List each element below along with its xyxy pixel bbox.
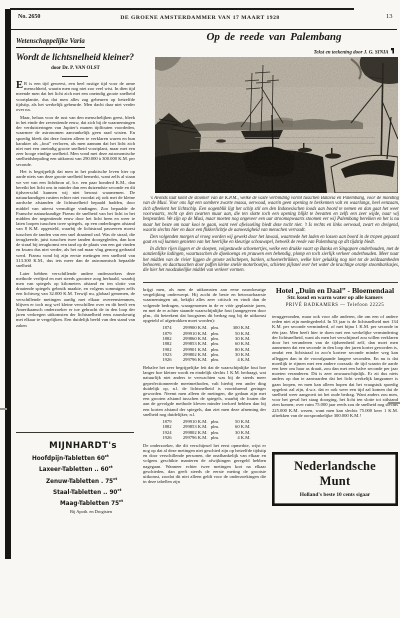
year-cell: 1926 — [157, 357, 172, 362]
caption-paragraph: In dichte rijen liggen er de sloepen, vo… — [143, 247, 399, 274]
mijnhardt-ad: MIJNHARDT's Hoofdpijn-Tabletten 60ct Lax… — [28, 441, 138, 514]
top-rule — [10, 8, 354, 10]
article-paragraph: De onderzoeker, die dit verschijnsel het… — [143, 443, 266, 485]
item-unit: ct — [109, 464, 113, 469]
drawing-caption: 's Avonds laat komt de stoomer van de K.… — [143, 196, 399, 280]
section-rubric: Wetenschappelijke Varia — [16, 38, 85, 48]
table-row: 1926299796 K.M.plm.4 K.M. — [157, 357, 253, 362]
palembang-harbor-drawing — [155, 57, 398, 193]
item-label: Staal-Tabletten .. — [53, 490, 107, 496]
article-byline: door Dr. P. VAN OLST — [16, 66, 135, 71]
caption-paragraph: Den volgenden morgen al vroeg worden wij… — [143, 235, 399, 246]
palembang-title: Op de reede van Palembang — [150, 31, 398, 43]
item-price: 75 — [105, 478, 113, 484]
item-unit: ct — [117, 487, 121, 492]
caption-separator-rule — [143, 282, 398, 283]
right-column: Hotel „Duin en Daal” - Bloemendaal Str. … — [272, 286, 398, 506]
article-paragraph: teruggevonden, maar ook voor alle andere… — [272, 314, 398, 418]
article-body-middle: krijgt men, als men de uitkomsten aan ee… — [143, 287, 266, 498]
nederlandsche-munt-ad: Nederlandsche Munt Holland's beste 10 ce… — [272, 452, 398, 506]
hotel-ad-line: Str. koud en warm water op alle kamers — [272, 295, 398, 302]
munt-ad-subtitle: Holland's beste 10 cents sigaar — [278, 492, 392, 498]
palembang-byline: Tekst en teekening door J. G. SINIA — [150, 48, 394, 56]
sinia-monogram-icon — [391, 48, 395, 54]
plm-cell: plm. — [208, 357, 223, 362]
page-number: 13 — [386, 13, 393, 20]
plm-cell: plm. — [208, 435, 223, 440]
item-unit: ct — [119, 498, 123, 503]
article-paragraph: ER is een tijd geweest, een heel rustige… — [16, 81, 135, 112]
harbor-etching — [155, 57, 398, 193]
item-label: Maag-Tabletten — [60, 501, 109, 507]
article-paragraph: Behalve het zeer begrijpelijke feit dat … — [143, 365, 266, 417]
measurements-table-2: 1879299910 K.M.plm.50 K.M. 1882299853 K.… — [157, 419, 253, 440]
article-paragraph: Het is begrijpelijk dat men in het prakt… — [16, 169, 135, 268]
issue-number: No. 2650 — [18, 14, 40, 20]
item-label: Laxeer-Tabletten .. — [39, 467, 99, 473]
article-paragraph: krijgt men, als men de uitkomsten aan ee… — [143, 287, 266, 323]
value-cell: 299796 K.M. — [172, 357, 208, 362]
error-cell: 4 K.M. — [223, 357, 251, 362]
mijnhardt-ad-footer: Bij Apoth. en Drogisten — [70, 509, 138, 514]
article-paragraph: Later hebben verschillende andere onderz… — [16, 271, 135, 328]
mijnhardt-ad-item: Maag-Tabletten 75ct — [60, 497, 138, 508]
article-body-left: ER is een tijd geweest, een heel rustige… — [16, 81, 135, 425]
hotel-ad-line: PRIVÉ BADKAMERS — Telefoon 22225 — [272, 302, 398, 309]
mijnhardt-ad-item: Staal-Tabletten .. 90ct — [53, 486, 138, 497]
munt-ad-title: Nederlandsche Munt — [278, 459, 392, 489]
scan-artifact — [388, 402, 400, 404]
item-price: 60 — [97, 456, 105, 462]
left-column-end-rule — [16, 432, 134, 433]
masthead-title: DE GROENE AMSTERDAMMER VAN 17 MAART 1928 — [60, 15, 340, 21]
newspaper-page: No. 2650 DE GROENE AMSTERDAMMER VAN 17 M… — [0, 0, 400, 618]
scan-artifact — [0, 408, 7, 410]
hotel-duin-en-daal-ad: Hotel „Duin en Daal” - Bloemendaal Str. … — [272, 286, 398, 309]
article-body-right: teruggevonden, maar ook voor alle andere… — [272, 314, 398, 445]
caption-paragraph: 's Avonds laat komt de stoomer van de K.… — [143, 196, 399, 233]
item-unit: ct — [113, 476, 117, 481]
mijnhardt-ad-item: Laxeer-Tabletten .. 60ct — [39, 463, 138, 474]
page-left-border-bar — [5, 9, 11, 559]
byline-divider — [62, 76, 88, 77]
article-title: Wordt de lichtsnelheid kleiner? — [16, 52, 135, 62]
error-cell: 4 K.M. — [223, 435, 251, 440]
mijnhardt-ad-item: Zenuw-Tabletten . 75ct — [46, 475, 138, 486]
item-label: Hoofdpijn-Tabletten — [32, 456, 95, 462]
byline-text: Tekst en teekening door J. G. SINIA — [314, 51, 389, 56]
item-price: 75 — [111, 501, 119, 507]
header-rule — [10, 29, 397, 30]
mijnhardt-ad-item: Hoofdpijn-Tabletten 60ct — [32, 452, 138, 463]
item-unit: ct — [105, 453, 109, 458]
article-paragraph: Maar, helaas voor de rust van den mensch… — [16, 115, 135, 167]
paragraph-text: R is een tijd geweest, een heel rustige … — [16, 81, 135, 112]
value-cell: 299796 K.M. — [172, 435, 208, 440]
table-row: 1926299796 K.M.plm.4 K.M. — [157, 435, 253, 440]
year-cell: 1926 — [157, 435, 172, 440]
dropcap: E — [16, 81, 23, 90]
mijnhardt-ad-title: MIJNHARDT's — [28, 441, 138, 451]
item-label: Zenuw-Tabletten . — [46, 478, 103, 484]
item-price: 60 — [101, 467, 109, 473]
measurements-table-1: 1874299900 K.M.plm.300 K.M. 1879299910 K… — [157, 325, 253, 362]
hotel-ad-title: Hotel „Duin en Daal” - Bloemendaal — [272, 286, 398, 295]
